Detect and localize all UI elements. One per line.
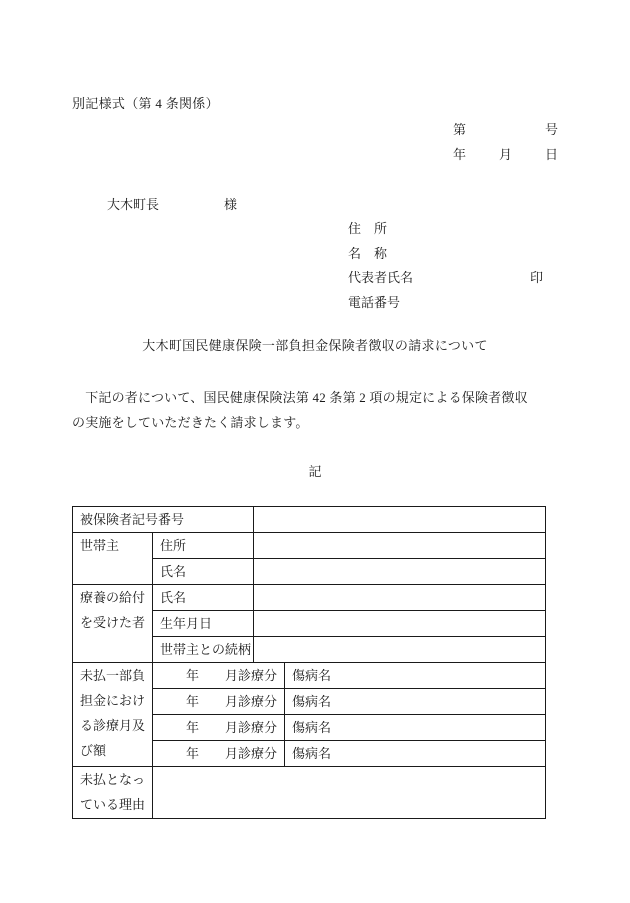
recipient-birthdate-value <box>254 611 546 637</box>
sender-representative-line: 代表者氏名 印 <box>348 266 558 291</box>
sender-name-label: 名 称 <box>348 242 558 267</box>
date-day-label: 日 <box>545 142 558 167</box>
treatment-month-cell: 年 月診療分 <box>153 715 285 741</box>
householder-address-value <box>254 533 546 559</box>
disease-name-label: 傷病名 <box>285 741 546 767</box>
body-paragraph: 下記の者について、国民健康保険法第 42 条第 2 項の規定による保険者徴収 の… <box>72 386 562 435</box>
unpaid-reason-value <box>153 767 546 819</box>
body-line-2: の実施をしていただきたく請求します。 <box>72 411 562 436</box>
unpaid-copay-label: 未払一部負担金における診療月及び額 <box>73 663 153 767</box>
unpaid-reason-label: 未払となっている理由 <box>73 767 153 819</box>
addressee-name: 大木町長 <box>107 197 159 212</box>
recipient-birthdate-label: 生年月日 <box>153 611 254 637</box>
householder-name-value <box>254 559 546 585</box>
document-title: 大木町国民健康保険一部負担金保険者徴収の請求について <box>72 333 558 358</box>
sender-block: 住 所 名 称 代表者氏名 印 電話番号 <box>348 217 558 315</box>
date-line: 年 月 日 <box>453 142 558 167</box>
recipient-relationship-value <box>254 637 546 663</box>
date-month-label: 月 <box>499 142 512 167</box>
record-marker: 記 <box>72 459 558 484</box>
row-unpaid-reason: 未払となっている理由 <box>73 767 546 819</box>
sender-address-label: 住 所 <box>348 217 558 242</box>
doc-number-prefix: 第 <box>453 117 466 142</box>
disease-name-label: 傷病名 <box>285 663 546 689</box>
treatment-month-cell: 年 月診療分 <box>153 741 285 767</box>
doc-number-line: 第 号 <box>453 117 558 142</box>
insured-symbol-number-label: 被保険者記号番号 <box>73 507 254 533</box>
doc-number-suffix: 号 <box>545 117 558 142</box>
row-householder-address: 世帯主 住所 <box>73 533 546 559</box>
recipient-name-value <box>254 585 546 611</box>
row-unpaid-entry-1: 未払一部負担金における診療月及び額 年 月診療分 傷病名 <box>73 663 546 689</box>
householder-label: 世帯主 <box>73 533 153 585</box>
row-recipient-name: 療養の給付を受けた者 氏名 <box>73 585 546 611</box>
disease-name-label: 傷病名 <box>285 715 546 741</box>
insured-symbol-number-value <box>254 507 546 533</box>
claim-details-table: 被保険者記号番号 世帯主 住所 氏名 療養の給付を受けた者 氏名 生年月日 <box>72 506 546 819</box>
row-insured-number: 被保険者記号番号 <box>73 507 546 533</box>
addressee-honorific: 様 <box>224 197 237 212</box>
seal-label: 印 <box>530 266 543 291</box>
date-year-label: 年 <box>453 142 466 167</box>
doc-number-date-block: 第 号 年 月 日 <box>453 117 558 167</box>
recipient-name-label: 氏名 <box>153 585 254 611</box>
form-note: 別記様式（第 4 条関係） <box>72 91 219 116</box>
body-line-1: 下記の者について、国民健康保険法第 42 条第 2 項の規定による保険者徴収 <box>72 386 562 411</box>
sender-representative-label: 代表者氏名 <box>348 266 413 291</box>
addressee-line: 大木町長様 <box>107 192 237 217</box>
document-page: 別記様式（第 4 条関係） 第 号 年 月 日 大木町長様 住 所 名 称 代表… <box>0 0 630 903</box>
treatment-month-cell: 年 月診療分 <box>153 689 285 715</box>
disease-name-label: 傷病名 <box>285 689 546 715</box>
sender-phone-label: 電話番号 <box>348 291 558 316</box>
householder-name-label: 氏名 <box>153 559 254 585</box>
treatment-month-cell: 年 月診療分 <box>153 663 285 689</box>
recipient-relationship-label: 世帯主との続柄 <box>153 637 254 663</box>
care-recipient-label: 療養の給付を受けた者 <box>73 585 153 663</box>
householder-address-label: 住所 <box>153 533 254 559</box>
